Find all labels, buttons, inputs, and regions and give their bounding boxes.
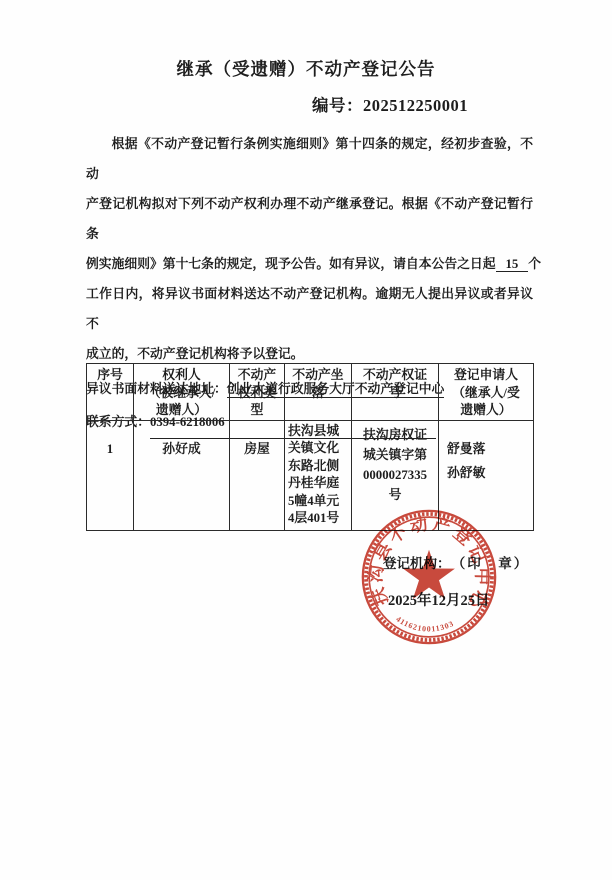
authority-line: 登记机构：（印 章）: [383, 552, 529, 572]
col-header-holder: 权利人 （被继承人/ 遗赠人）: [134, 364, 230, 421]
seal-rope-ring: [366, 514, 492, 640]
cell-property-type: 房屋: [230, 420, 285, 530]
seal-outer-ring: [363, 511, 495, 643]
col-header-certificate-no: 不动产权证 号: [352, 364, 439, 421]
col-header-index: 序号: [87, 364, 134, 421]
announcement-date: 2025年12月25日: [388, 589, 490, 610]
notice-line-3-text: 例实施细则》第十七条的规定，现予公告。如有异议，请自本公告之日起: [86, 257, 496, 271]
cell-location: 扶沟县城 关镇文化 东路北侧 丹桂华庭 5幢4单元 4层401号: [285, 420, 352, 530]
notice-line-4: 工作日内，将异议书面材料送达不动产登记机构。逾期无人提出异议或者异议不: [86, 279, 533, 339]
seal-inner-ring: [369, 517, 489, 637]
table-row: 1 孙好成 房屋 扶沟县城 关镇文化 东路北侧 丹桂华庭 5幢4单元 4层401…: [87, 420, 534, 530]
table-header-row: 序号 权利人 （被继承人/ 遗赠人） 不动产 权利类 型 不动产坐 落 不动产权…: [87, 364, 534, 421]
cell-index: 1: [87, 420, 134, 530]
col-header-property-type: 不动产 权利类 型: [230, 364, 285, 421]
page-title: 继承（受遗赠）不动产登记公告: [0, 56, 612, 81]
notice-line-1: 根据《不动产登记暂行条例实施细则》第十四条的规定，经初步查验，不动: [86, 129, 533, 189]
cell-holder: 孙好成: [134, 420, 230, 530]
seal-code: 4116210011303: [394, 614, 455, 633]
doc-number-value: 202512250001: [363, 96, 468, 115]
objection-days-value: 15: [496, 257, 529, 272]
col-header-location: 不动产坐 落: [285, 364, 352, 421]
authority-label: 登记机构：: [383, 556, 451, 571]
cell-applicants: 舒曼落 孙舒敏: [439, 420, 534, 530]
notice-line-3: 例实施细则》第十七条的规定，现予公告。如有异议，请自本公告之日起15个: [86, 249, 533, 279]
col-header-applicants: 登记申请人 （继承人/受 遗赠人）: [439, 364, 534, 421]
notice-line-2: 产登记机构拟对下列不动产权利办理不动产继承登记。根据《不动产登记暂行条: [86, 189, 533, 249]
announcement-document: 继承（受遗赠）不动产登记公告 编号：202512250001 根据《不动产登记暂…: [0, 0, 612, 880]
doc-number-label: 编号：: [312, 96, 363, 115]
registration-table: 序号 权利人 （被继承人/ 遗赠人） 不动产 权利类 型 不动产坐 落 不动产权…: [86, 363, 534, 531]
notice-line-3-suffix: 个: [528, 257, 541, 271]
doc-number-line: 编号：202512250001: [312, 92, 468, 116]
cell-certificate-no: 扶沟房权证 城关镇字第 0000027335 号: [352, 420, 439, 530]
seal-placeholder-text: （印 章）: [459, 556, 530, 571]
